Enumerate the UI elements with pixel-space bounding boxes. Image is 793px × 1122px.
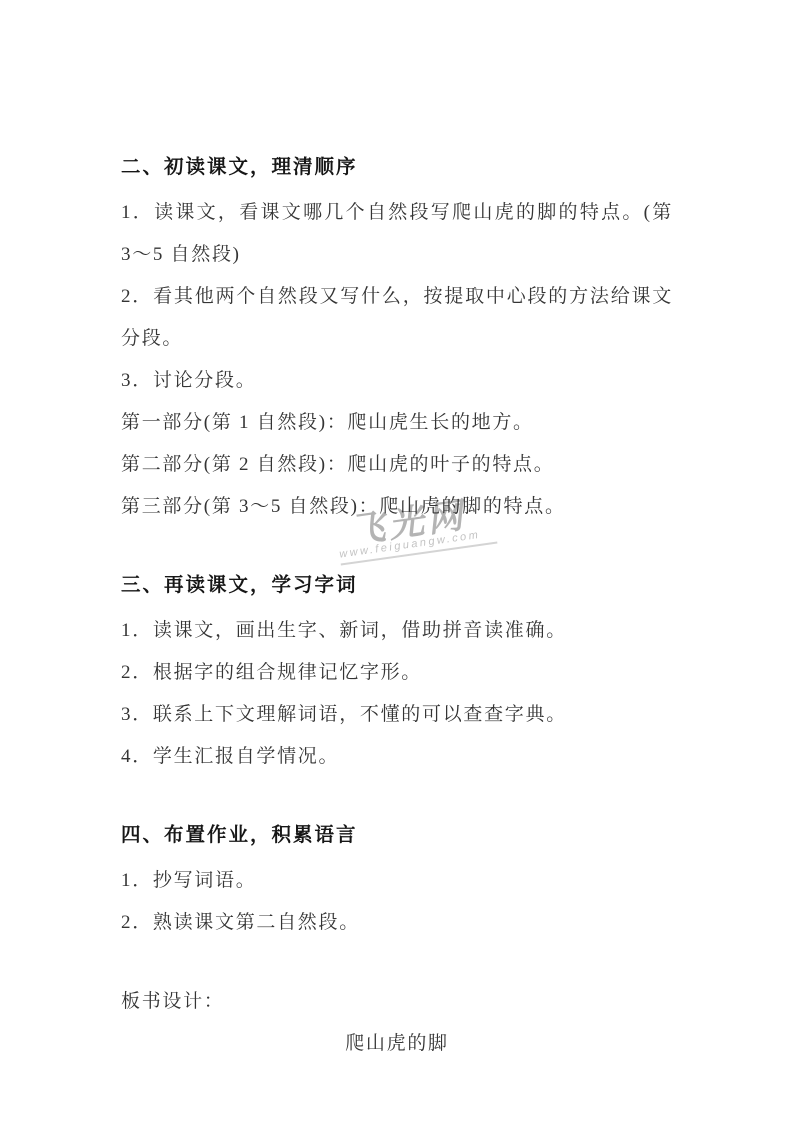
document-content: 二、初读课文，理清顺序 1．读课文，看课文哪几个自然段写爬山虎的脚的特点。(第 …	[0, 0, 793, 1065]
section-heading-third: 三、再读课文，学习字词	[121, 565, 673, 607]
section-second-item-1: 1．读课文，看课文哪几个自然段写爬山虎的脚的特点。(第 3～5 自然段)	[121, 192, 673, 276]
board-design-label: 板书设计：	[121, 981, 673, 1023]
section-second-part-1: 第一部分(第 1 自然段)：爬山虎生长的地方。	[121, 402, 673, 444]
board-design-title: 爬山虎的脚	[121, 1023, 673, 1065]
section-fourth-item-1: 1．抄写词语。	[121, 860, 673, 902]
section-third-item-2: 2．根据字的组合规律记忆字形。	[121, 652, 673, 694]
section-second-part-2: 第二部分(第 2 自然段)：爬山虎的叶子的特点。	[121, 444, 673, 486]
section-fourth-item-2: 2．熟读课文第二自然段。	[121, 902, 673, 944]
section-second-part-3: 第三部分(第 3～5 自然段)：爬山虎的脚的特点。	[121, 486, 673, 528]
document-page: 飞光网 www.feiguangw.com 二、初读课文，理清顺序 1．读课文，…	[0, 0, 793, 1122]
section-heading-fourth: 四、布置作业，积累语言	[121, 815, 673, 857]
section-second-item-3: 3．讨论分段。	[121, 360, 673, 402]
section-second-item-2: 2．看其他两个自然段又写什么，按提取中心段的方法给课文分段。	[121, 276, 673, 360]
section-heading-second: 二、初读课文，理清顺序	[121, 147, 673, 189]
section-third-item-3: 3．联系上下文理解词语，不懂的可以查查字典。	[121, 694, 673, 736]
section-third-item-4: 4．学生汇报自学情况。	[121, 736, 673, 778]
section-third-item-1: 1．读课文，画出生字、新词，借助拼音读准确。	[121, 610, 673, 652]
